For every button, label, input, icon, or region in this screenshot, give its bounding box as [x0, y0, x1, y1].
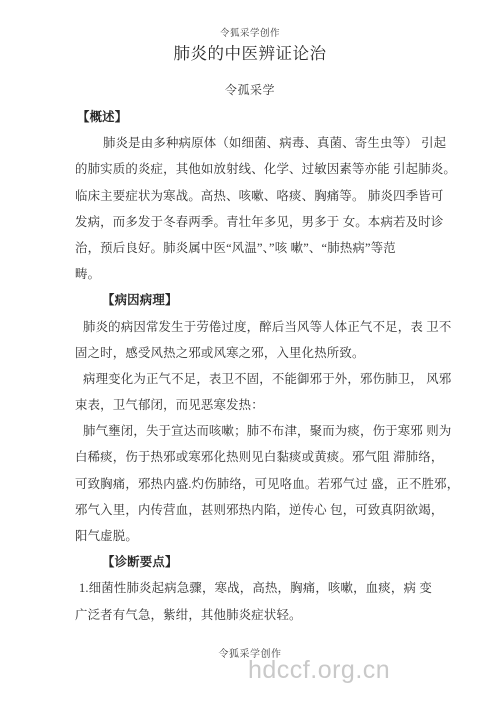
- text-line: 束表，卫气郁闭，而见恶寒发热：: [75, 392, 445, 418]
- text-line: 白稀痰，伤于热邪或寒邪化热则见白黏痰或黄痰。邪气阻 滞肺络，: [75, 444, 445, 470]
- section-heading-etiology-pathology: 【病因病理】: [75, 287, 445, 313]
- text-line: 病理变化为正气不足，表卫不固，不能御邪于外，邪伤肺卫， 风邪: [75, 366, 445, 392]
- text-line: 临床主要症状为寒战。高热、咳嗽、咯痰、胸痛等。 肺炎四季皆可: [75, 183, 445, 209]
- section-heading-overview: 【概述】: [75, 104, 445, 130]
- document-page: 令狐采学创作 肺炎的中医辨证论治 令孤采学 【概述】 肺炎是由多种病原体（如细菌…: [0, 0, 500, 707]
- text-line: 肺炎的病因常发生于劳倦过度，醉后当风等人体正气不足，表 卫不: [75, 314, 445, 340]
- page-title: 肺炎的中医辨证论治: [0, 40, 500, 64]
- section-heading-diagnosis-points: 【诊断要点】: [75, 549, 445, 575]
- site-watermark: hdccf.org.cn: [248, 656, 390, 685]
- document-body: 【概述】 肺炎是由多种病原体（如细菌、病毒、真菌、寄生虫等） 引起 的肺实质的炎…: [75, 104, 445, 628]
- text-line: 的肺实质的炎症，其他如放射线、化学、过敏因素等亦能 引起肺炎。: [75, 156, 445, 182]
- text-line: 发病，而多发于冬春两季。青壮年多见，男多于 女。本病若及时诊: [75, 209, 445, 235]
- text-line: 广泛者有气急，紫绀，其他肺炎症状轻。: [75, 602, 445, 628]
- text-line: 邪气入里，内传营血，甚则邪热内陷，逆传心 包，可致真阴欲竭，: [75, 497, 445, 523]
- text-line: 畴。: [75, 261, 445, 287]
- text-line: 1.细菌性肺炎起病急骤，寒战，高热，胸痛，咳嗽，血痰，病 变: [75, 575, 445, 601]
- text-line: 阳气虚脱。: [75, 523, 445, 549]
- text-line: 可致胸痛，邪热内盛.灼伤肺络，可见咯血。若邪气过 盛，正不胜邪，: [75, 471, 445, 497]
- text-line: 固之时，感受风热之邪或风寒之邪，入里化热所致。: [75, 340, 445, 366]
- byline: 令孤采学: [0, 81, 500, 98]
- header-creator-note: 令狐采学创作: [0, 25, 500, 39]
- text-line: 肺炎是由多种病原体（如细菌、病毒、真菌、寄生虫等） 引起: [75, 130, 445, 156]
- text-line: 肺气壅闭，失于宣达而咳嗽；肺不布津，聚而为痰，伤于寒邪 则为: [75, 418, 445, 444]
- text-line: 治，预后良好。肺炎属中医“风温”、”咳 嗽”、“肺热病”等范: [75, 235, 445, 261]
